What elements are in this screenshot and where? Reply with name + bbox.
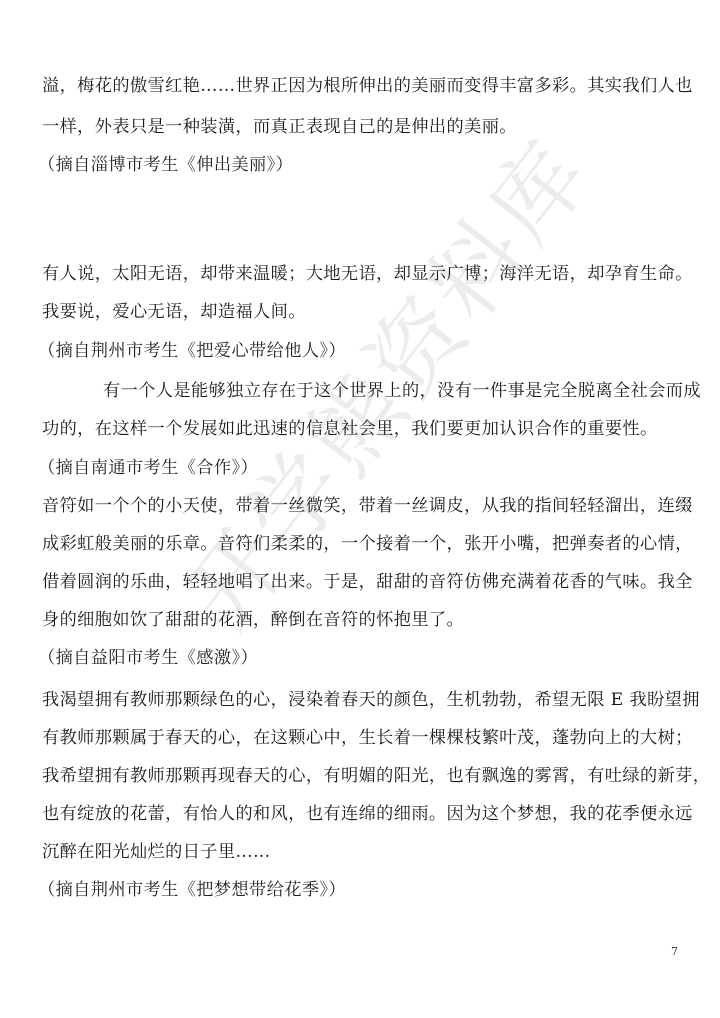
paragraph-line: 有教师那颗属于春天的心，在这颗心中，生长着一棵棵枝繁叶茂，蓬勃向上的大树；: [42, 728, 693, 748]
paragraph-line: 溢，梅花的傲雪红艳……世界正因为根所伸出的美丽而变得丰富多彩。其实我们人也: [42, 76, 693, 96]
paragraph-line: 有一个人是能够独立存在于这个世界上的，没有一件事是完全脱离全社会而成: [103, 381, 701, 401]
paragraph-line: 我要说，爱心无语，却造福人间。: [42, 302, 306, 322]
paragraph-line: 有人说，太阳无语，却带来温暖；大地无语，却显示广博；海洋无语，却孕育生命。: [42, 264, 693, 284]
paragraph-line: 我希望拥有教师那颗再现春天的心，有明媚的阳光，也有飘逸的雾霄，有吐绿的新芽，: [42, 766, 710, 786]
source-citation: （摘自淄博市考生《伸出美丽》）: [38, 155, 293, 175]
paragraph-line: 也有绽放的花蕾，有怡人的和风，也有连绵的细雨。因为这个梦想，我的花季便永远: [42, 804, 693, 824]
paragraph-line: 一样，外表只是一种装潢，而真正表现自己的是伸出的美丽。: [42, 117, 517, 137]
paragraph-line: 音符如一个个的小天使，带着一丝微笑，带着一丝调皮，从我的指间轻轻溜出，连缀: [42, 496, 693, 516]
watermark: 开学熊资料库: [150, 97, 623, 651]
paragraph-line: 我渴望拥有教师那颗绿色的心，浸染着春天的颜色，生机勃勃，希望无限 E 我盼望拥: [42, 690, 700, 710]
source-citation: （摘自荆州市考生《把爱心带给他人》）: [38, 341, 346, 361]
source-citation: （摘自南通市考生《合作》）: [38, 458, 258, 478]
paragraph-line: 功的，在这样一个发展如此迅速的信息社会里，我们要更加认识合作的重要性。: [42, 419, 658, 439]
paragraph-line: 成彩虹般美丽的乐章。音符们柔柔的，一个接着一个，张开小嘴，把弹奏者的心情，: [42, 534, 693, 554]
paragraph-line: 借着圆润的乐曲，轻轻地唱了出来。于是，甜甜的音符仿佛充满着花香的气味。我全: [42, 572, 693, 592]
paragraph-line: 沉醉在阳光灿烂的日子里……: [42, 842, 271, 862]
document-page: 开学熊资料库 溢，梅花的傲雪红艳……世界正因为根所伸出的美丽而变得丰富多彩。其实…: [0, 0, 720, 1018]
page-number: 7: [671, 945, 678, 958]
source-citation: （摘自益阳市考生《感激》）: [38, 648, 258, 668]
paragraph-line: 身的细胞如饮了甜甜的花酒，醉倒在音符的怀抱里了。: [42, 610, 464, 630]
source-citation: （摘自荆州市考生《把梦想带给花季》）: [38, 880, 346, 900]
